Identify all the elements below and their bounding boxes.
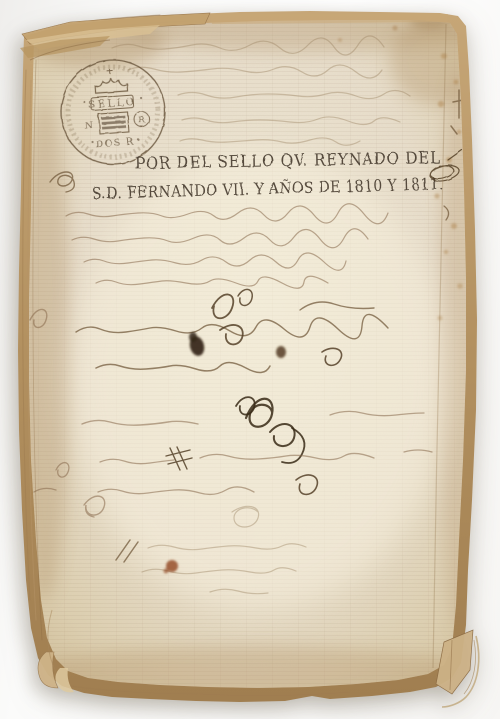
- foxing-spot: [338, 38, 342, 42]
- foxing-spot: [434, 193, 439, 198]
- stain: [390, 15, 490, 105]
- foxing-spot: [457, 283, 463, 289]
- ink-blot: [189, 332, 197, 342]
- foxing-spot: [441, 53, 447, 59]
- foxing-spot: [392, 25, 397, 30]
- stain: [70, 150, 450, 610]
- manuscript-render: SELLO N R DOS R: [0, 0, 500, 719]
- photo-background: SELLO N R DOS R: [0, 0, 500, 719]
- ink-blot: [276, 346, 286, 358]
- foxing-spot: [451, 223, 457, 229]
- page-interior: SELLO N R DOS R: [0, 0, 500, 719]
- seal-shield-bars: [101, 116, 126, 130]
- manuscript-document: SELLO N R DOS R: [0, 0, 500, 719]
- seal-left-initial: N: [84, 120, 93, 132]
- foxing-spot: [444, 250, 448, 254]
- foxing-spot: [438, 101, 444, 107]
- foxing-spot: [454, 80, 459, 85]
- rust-stain: [164, 569, 169, 574]
